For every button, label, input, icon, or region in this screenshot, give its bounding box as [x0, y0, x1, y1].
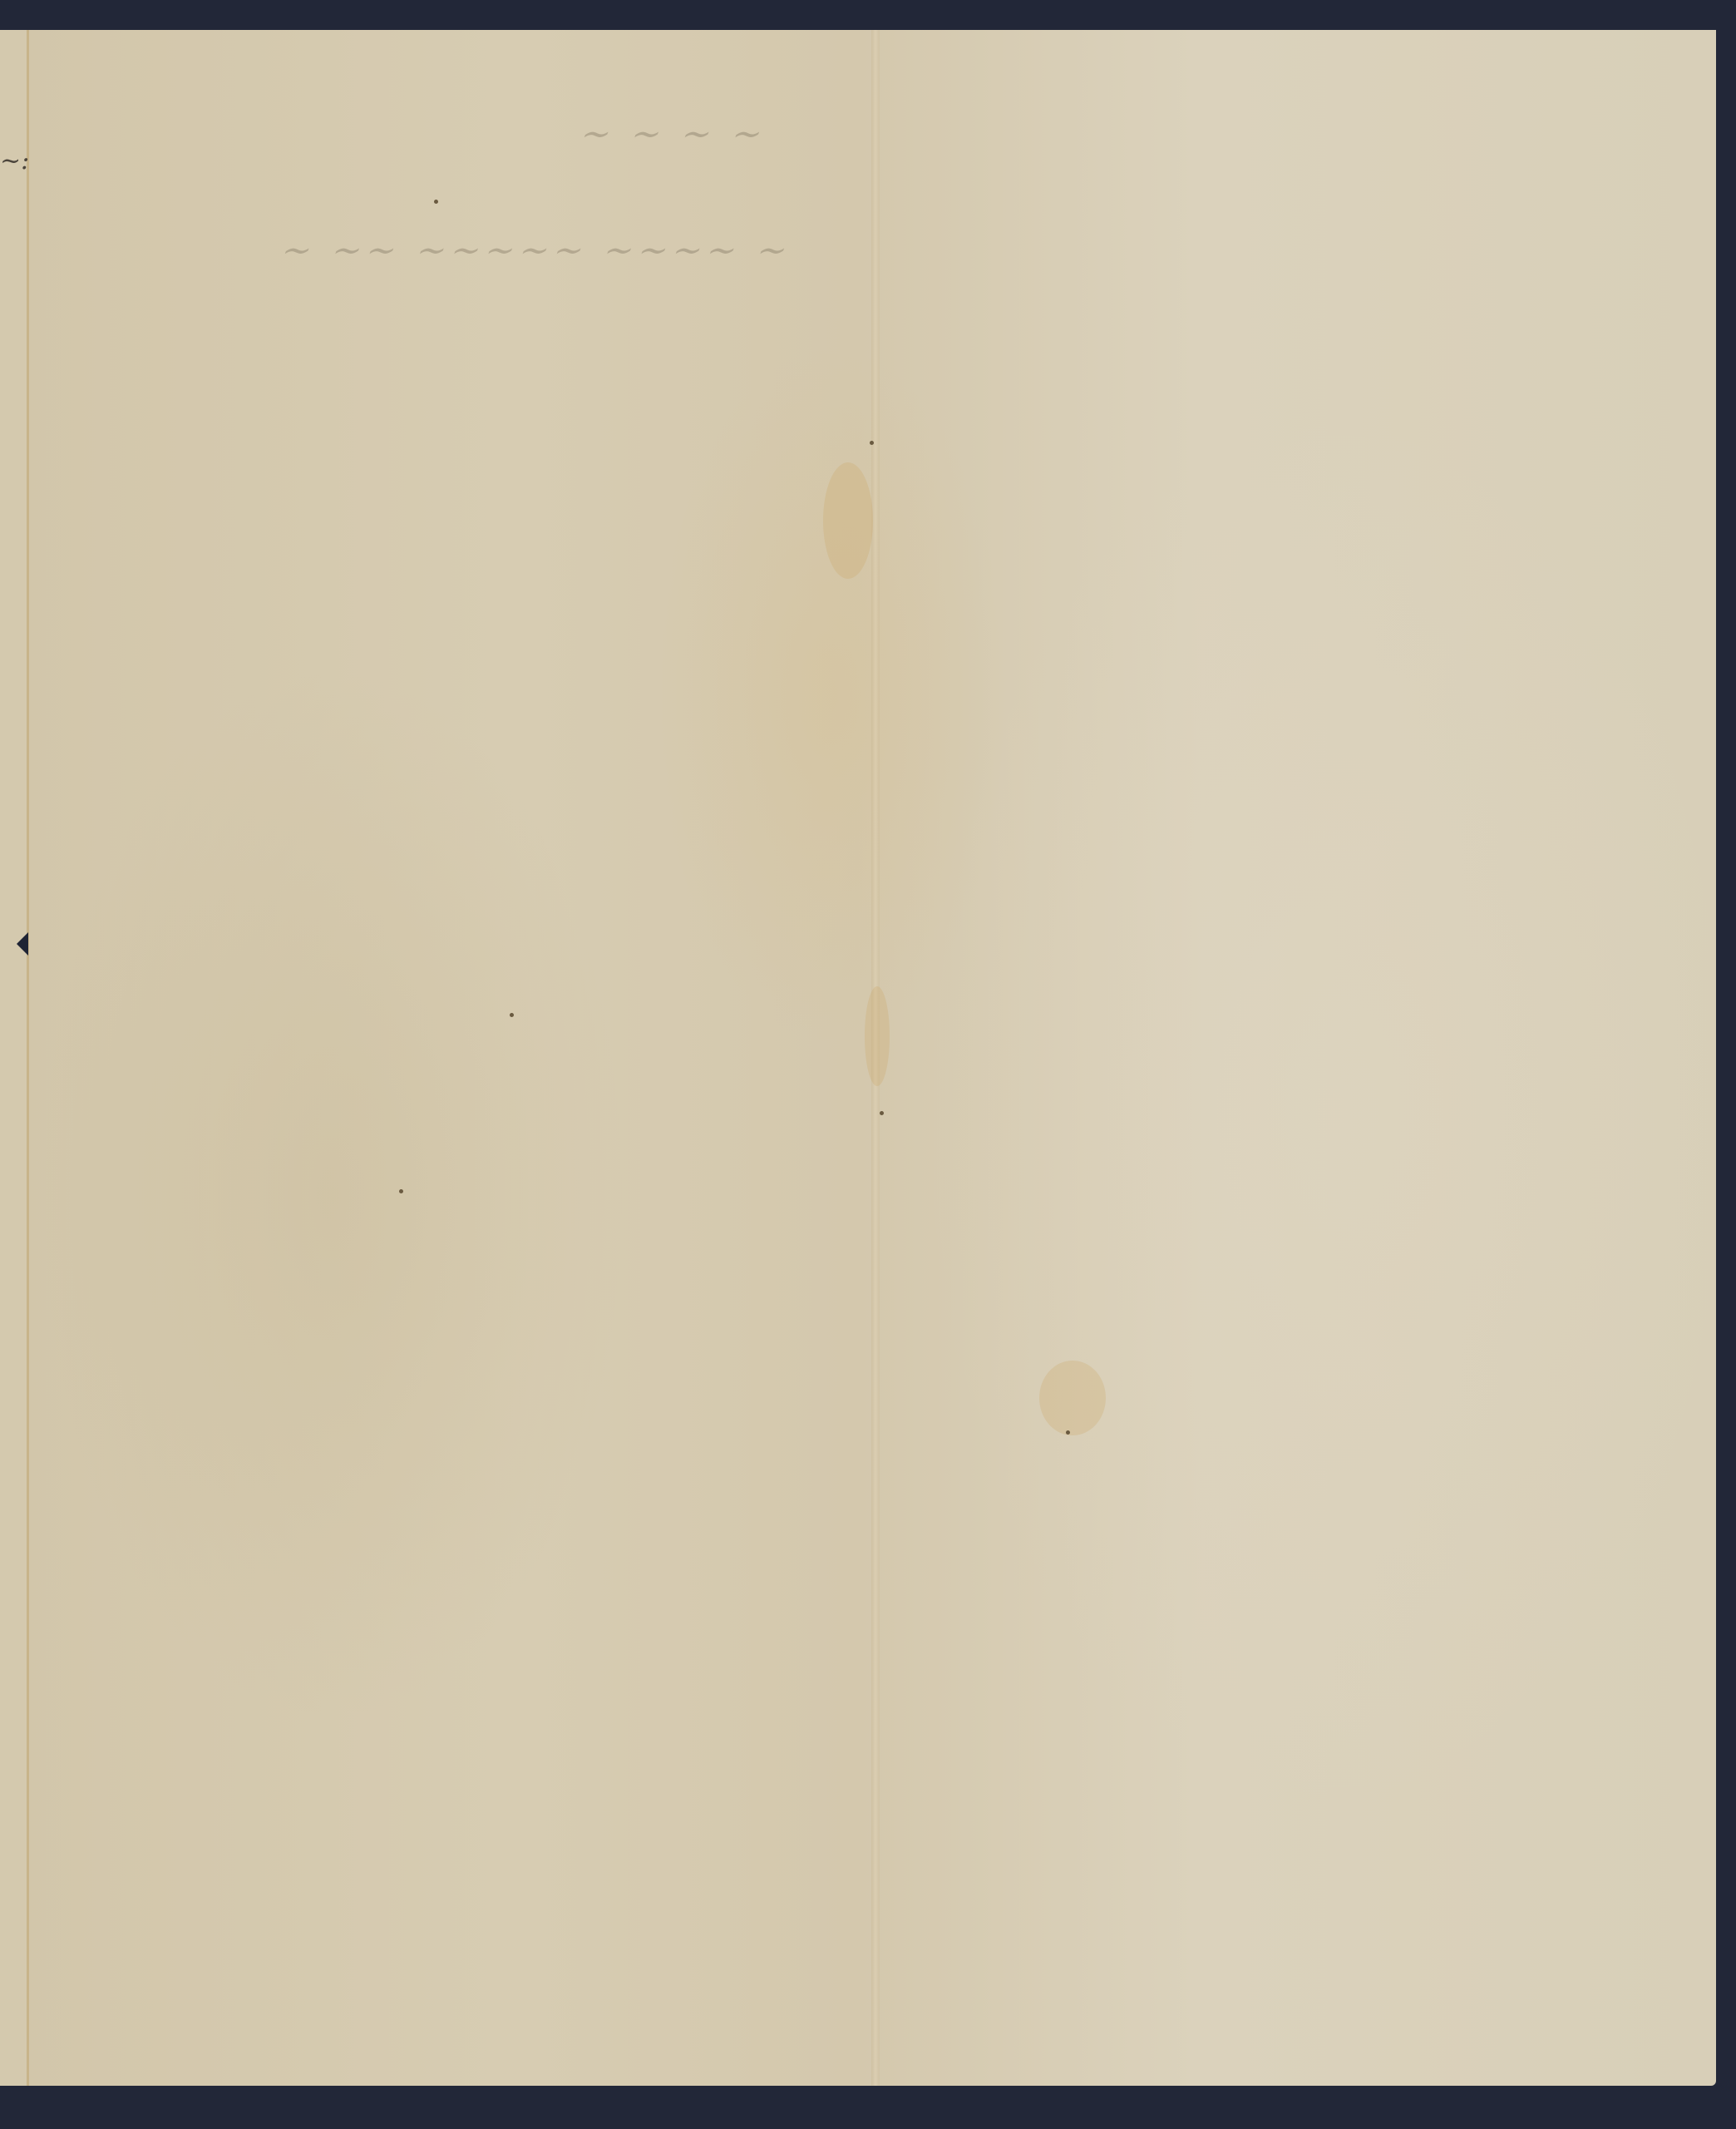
ink-speck: [510, 1013, 514, 1017]
ink-speck: [1066, 1430, 1070, 1435]
manuscript-page: ~: ~ ~ ~ ~ ~ ~~ ~~~~~ ~~~~ ~: [0, 30, 1716, 2086]
ink-speck: [880, 1111, 884, 1115]
binding-notch: [17, 932, 28, 956]
bleed-through-line-2: ~ ~~ ~~~~~ ~~~~ ~: [275, 230, 800, 270]
ink-speck: [399, 1189, 403, 1193]
bleed-through-line-1: ~ ~ ~ ~: [575, 113, 775, 154]
ink-speck: [870, 441, 874, 445]
ink-speck: [434, 200, 438, 204]
margin-ink-fragment: ~:: [0, 146, 29, 175]
prior-page-edge: [0, 30, 29, 2086]
foxing-stain: [823, 462, 873, 579]
foxing-stain: [865, 986, 890, 1086]
foxing-stain: [1039, 1361, 1106, 1435]
